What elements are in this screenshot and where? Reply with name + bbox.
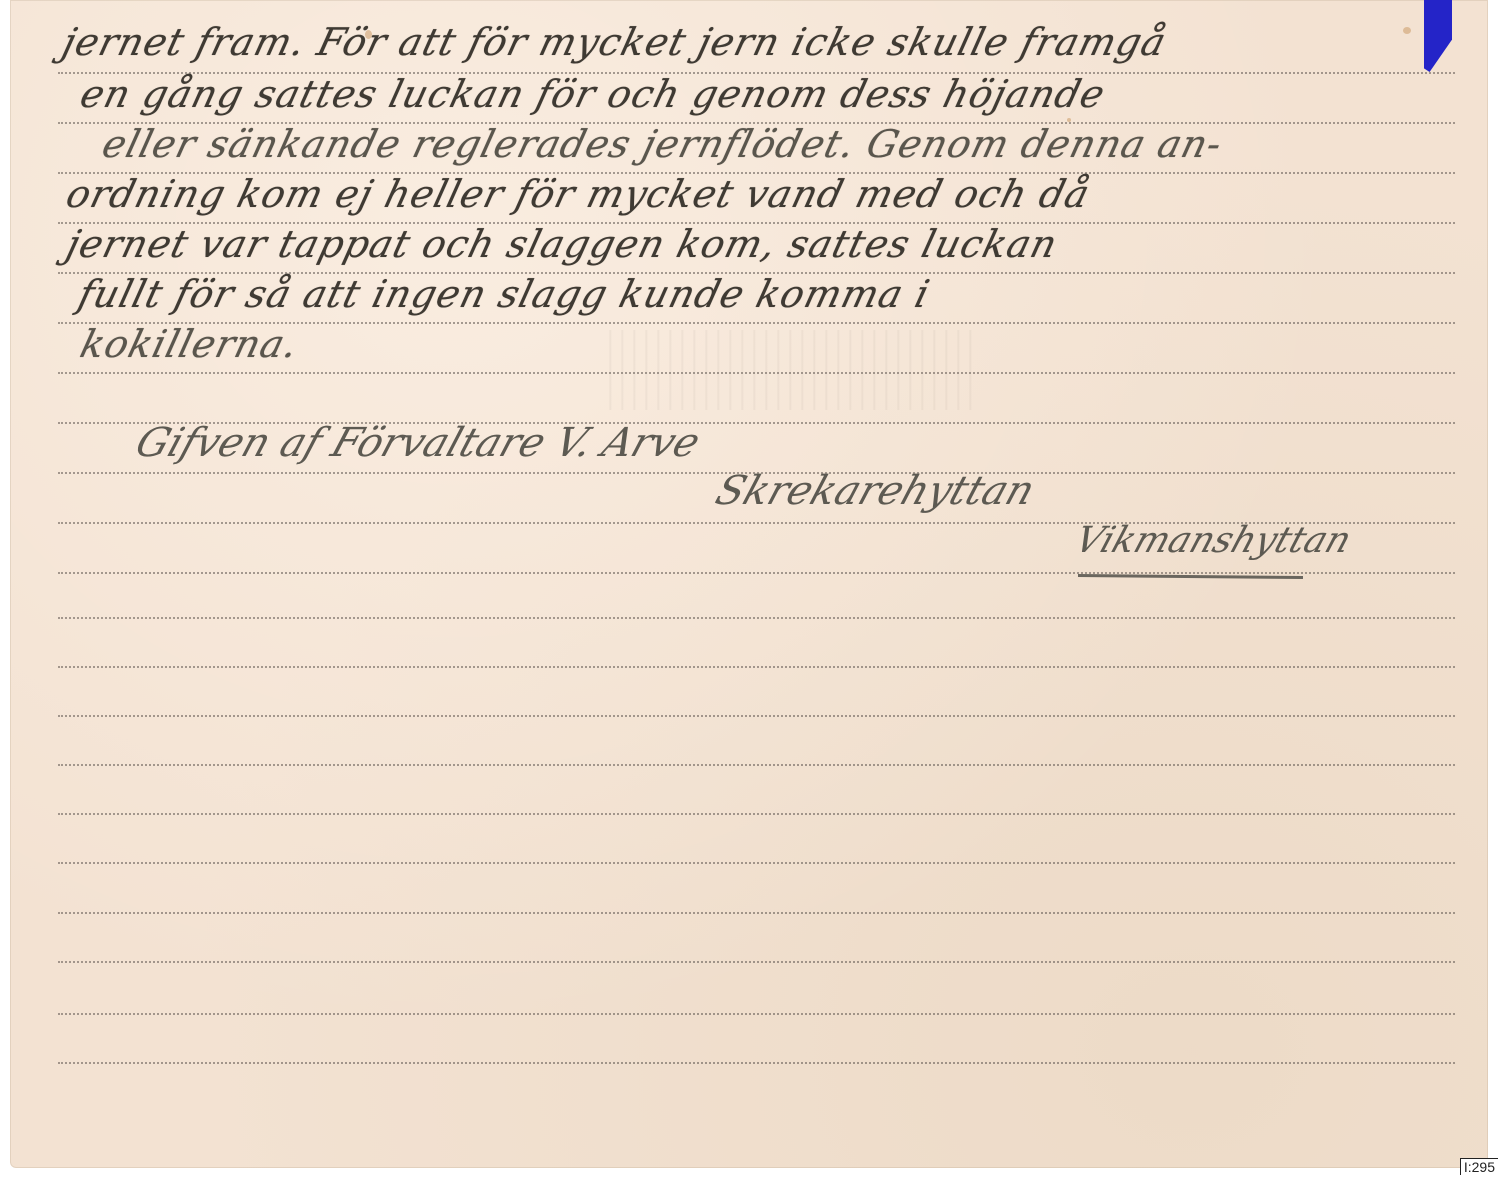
- stain-mark: [1403, 27, 1411, 34]
- signature: Vikmanshyttan: [1070, 520, 1356, 561]
- blue-tab-marker: [1424, 0, 1452, 72]
- paper-sheet: jernet fram. För att för mycket jern ick…: [10, 0, 1488, 1168]
- handwritten-line-3: eller sänkande reglerades jernflödet. Ge…: [98, 122, 1227, 166]
- ruled-line: [58, 813, 1455, 815]
- bleed-through-mark: [600, 330, 980, 410]
- handwritten-line-5: jernet var tappat och slaggen kom, satte…: [62, 222, 1062, 266]
- ruled-line: [58, 862, 1455, 864]
- ruled-line: [58, 1013, 1455, 1015]
- place-line: Skrekarehyttan: [710, 468, 1040, 514]
- ruled-line: [58, 572, 1455, 574]
- handwritten-line-4: ordning kom ej heller för mycket vand me…: [62, 172, 1095, 216]
- handwritten-line-7: kokillerna.: [76, 322, 303, 366]
- document-scan: jernet fram. För att för mycket jern ick…: [0, 0, 1500, 1177]
- handwritten-line-1: jernet fram. För att för mycket jern ick…: [58, 20, 1171, 64]
- ruled-line: [58, 715, 1455, 717]
- ruled-line: [58, 617, 1455, 619]
- given-by-line: Gifven af Förvaltare V. Arve: [130, 420, 706, 466]
- ruled-line: [58, 1062, 1455, 1064]
- ruled-line: [58, 912, 1455, 914]
- handwritten-line-2: en gång sattes luckan för och genom dess…: [76, 72, 1110, 116]
- ruled-line: [58, 764, 1455, 766]
- signature-underline: [1078, 574, 1303, 579]
- handwritten-line-6: fullt för så att ingen slagg kunde komma…: [74, 272, 935, 316]
- ruled-line: [58, 666, 1455, 668]
- ruled-line: [58, 961, 1455, 963]
- archive-stamp: I:295: [1460, 1158, 1498, 1175]
